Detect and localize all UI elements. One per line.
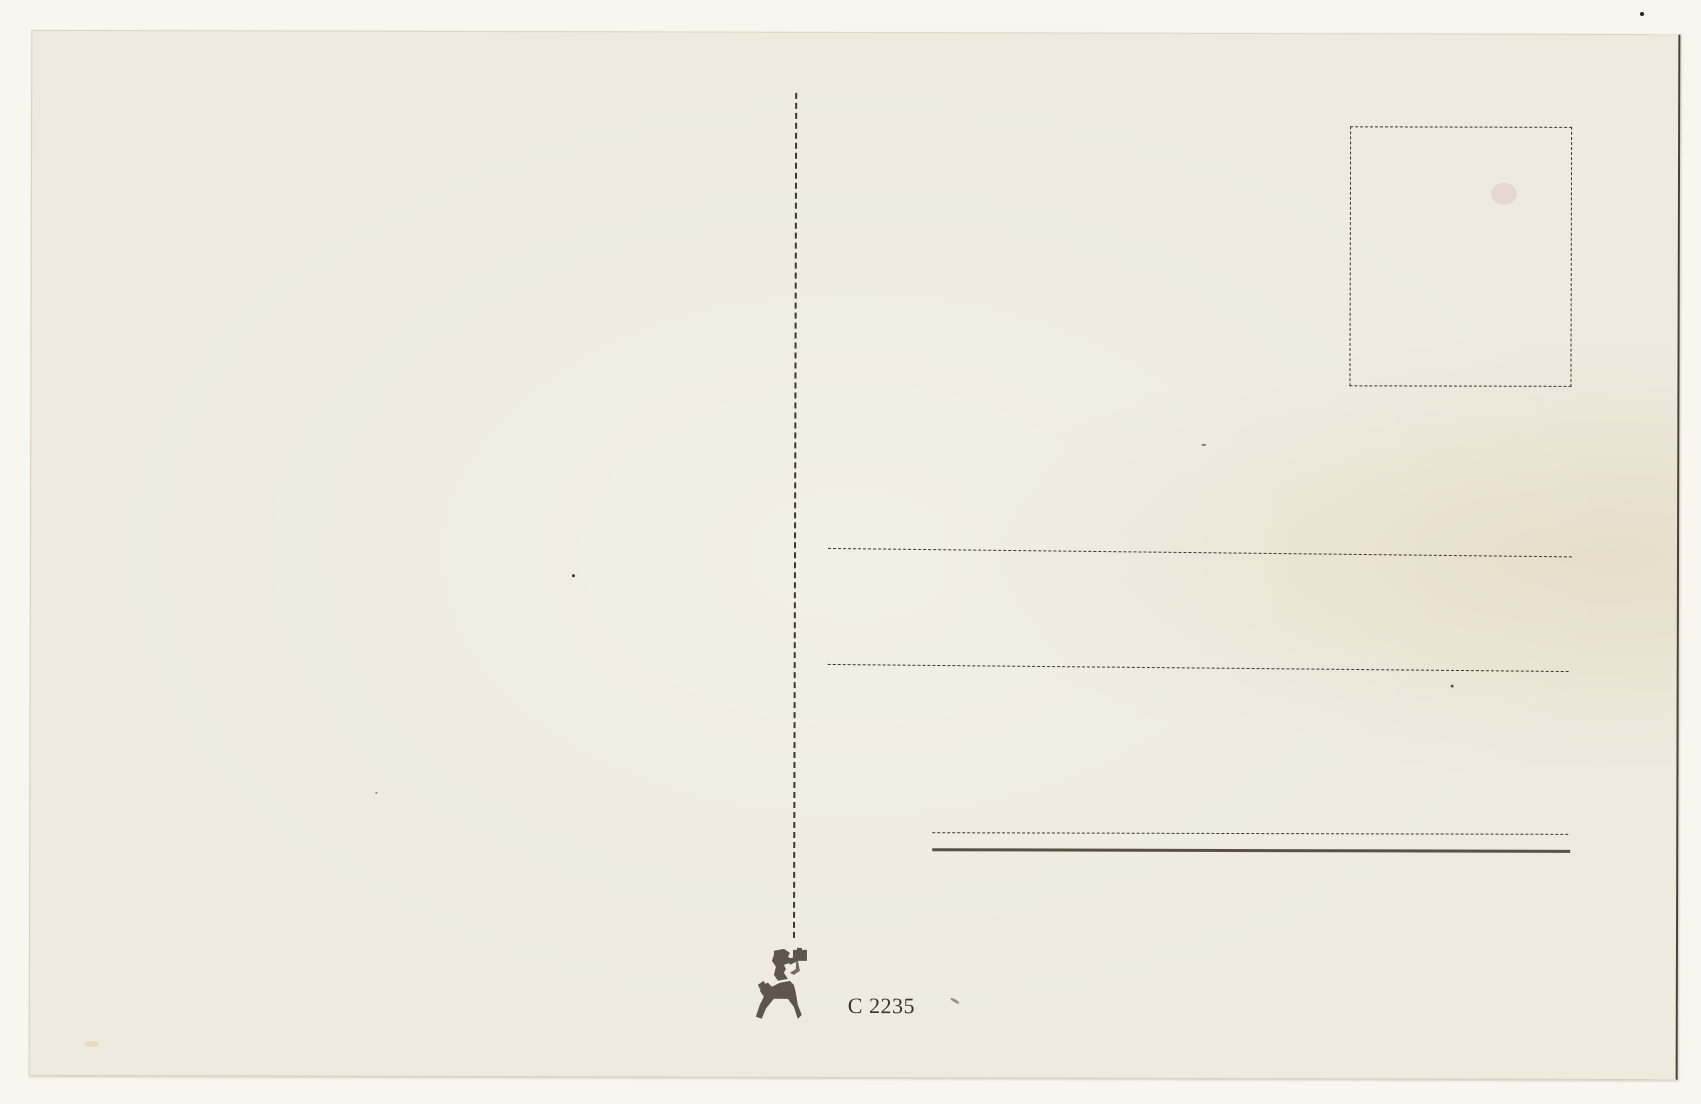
address-line-2: [828, 664, 1569, 672]
address-underline: [932, 848, 1570, 853]
postcard-back: C 2235: [29, 30, 1681, 1080]
dust-speck: [1640, 12, 1644, 16]
stamp-box: [1349, 126, 1572, 387]
paper-speck: [1201, 444, 1206, 446]
stamp-smudge: [1491, 183, 1517, 205]
paper-speck: [85, 1041, 99, 1047]
address-line-1: [828, 548, 1572, 557]
publisher-code: C 2235: [848, 993, 915, 1019]
paper-speck: [572, 574, 575, 577]
paper-speck: [1451, 685, 1454, 688]
paper-speck: [950, 997, 960, 1005]
message-address-divider: [793, 93, 797, 938]
paper-speck: [375, 792, 377, 794]
rider-with-camera-icon: [754, 947, 816, 1021]
address-line-3: [932, 832, 1568, 835]
